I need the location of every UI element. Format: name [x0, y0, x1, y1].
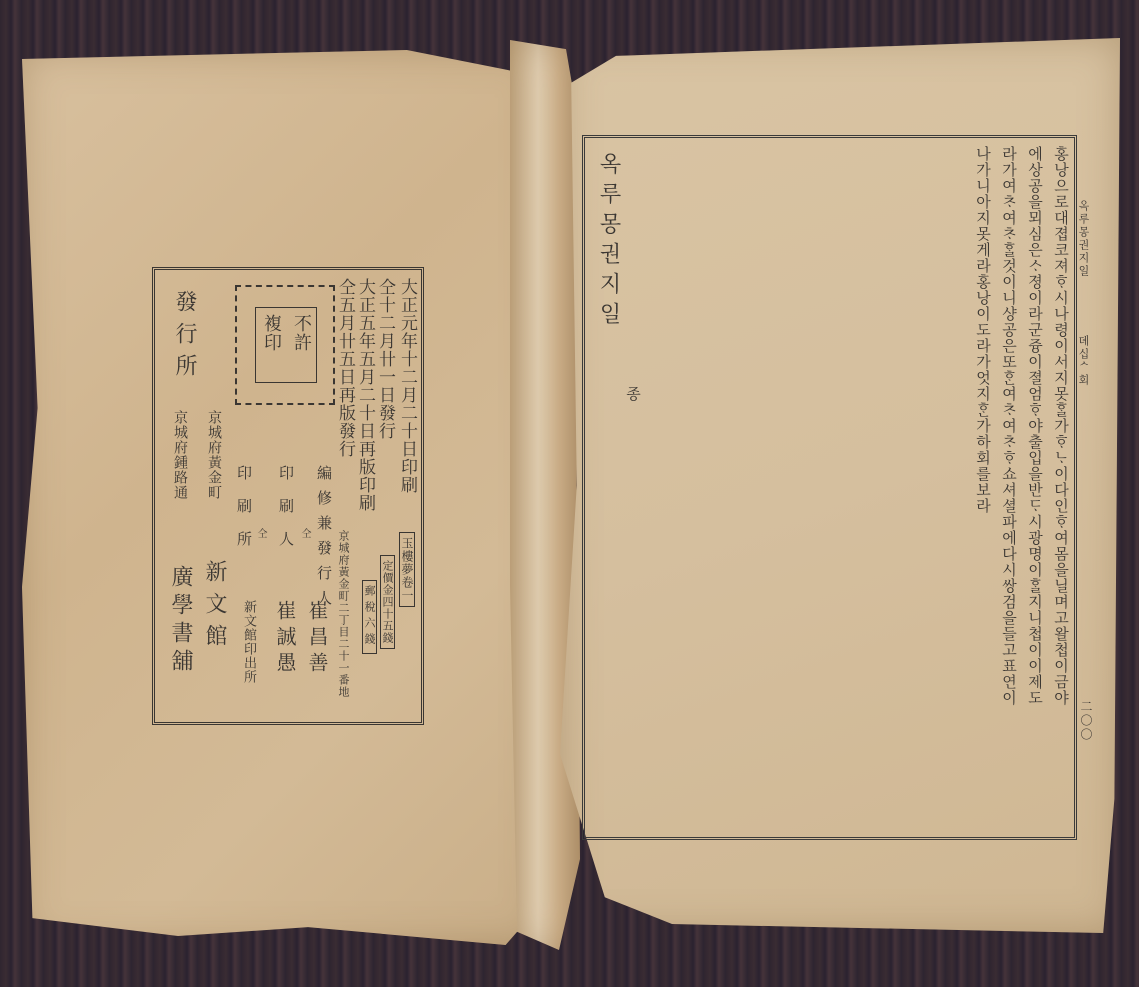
- chapter-label: 뎨십ᄉ회: [1078, 335, 1089, 387]
- book-spine: [510, 40, 580, 950]
- editor-label: 編修兼發行人: [316, 465, 331, 615]
- chapter-title-suffix: 종: [625, 386, 640, 402]
- price: 定價金四十五錢: [380, 555, 395, 649]
- publisher-name-2: 廣學書舖: [169, 565, 191, 677]
- text-column-2: 에상공을뫼심은ᄉᆞ졍이라군즁이졀엄ᄒᆞ야출입을반ᄃᆞ시광명이ᄒᆞᆯ지니첩이이제도: [1027, 146, 1042, 836]
- printer-label: 印刷人: [278, 465, 293, 564]
- copyright-stamp: 不許 複印: [235, 285, 335, 405]
- running-header: 옥루몽권지일: [1078, 200, 1089, 278]
- text-frame: 옥루몽권지일 종 홍낭으로대졉코져ᄒᆞ시나령이서지못ᄒᆞᆯ가ᄒᆞᄂᆞ이다인ᄒᆞ여…: [582, 135, 1077, 840]
- print-shop-ditto: 仝: [255, 528, 265, 539]
- chapter-title: 옥루몽권지일: [597, 152, 619, 332]
- publisher-label: 發行所: [173, 290, 195, 386]
- text-column-3: 라가여ᄎᆞ여ᄎᆞᄒᆞᆯ것이니샹공은또ᄒᆞᆫ여ᄎᆞ여ᄎᆞᄒᆞ쇼셔셜파에다시쌍검을들…: [1001, 146, 1016, 836]
- publisher-address-1: 京城府黃金町: [207, 410, 221, 500]
- reissue-date: 仝五月卄五日再版發行: [336, 278, 353, 458]
- print-shop-label: 印刷所: [236, 465, 251, 564]
- publish-date: 仝十二月卄一日發行: [376, 278, 393, 440]
- colophon-box: 大正元年十二月二十日印刷 仝十二月卄一日發行 大正五年五月二十日再版印刷 仝五月…: [152, 267, 424, 725]
- text-column-4: 나가니아지못게라홍낭이도라가엇지ᄒᆞᆫ가하회를보라: [975, 146, 990, 836]
- publisher-name-1: 新文館: [203, 560, 225, 656]
- printer-name: 崔誠愚: [275, 600, 295, 678]
- title-box: 玉樓夢卷一: [399, 532, 415, 607]
- publisher-address-2: 京城府鍾路通: [173, 410, 187, 500]
- postage: 郵稅六錢: [362, 580, 377, 654]
- print-date: 大正元年十二月二十日印刷: [398, 278, 415, 494]
- reprint-date: 大正五年五月二十日再版印刷: [356, 278, 373, 512]
- editor-name: 崔昌善: [307, 600, 327, 678]
- stamp-text-left: 複印: [262, 314, 280, 352]
- printer-ditto: 仝: [299, 528, 309, 539]
- text-column-1: 홍낭으로대졉코져ᄒᆞ시나령이서지못ᄒᆞᆯ가ᄒᆞᄂᆞ이다인ᄒᆞ여몸을닐며고왈첩이금…: [1053, 146, 1068, 836]
- page-number: 二〇〇: [1080, 700, 1092, 742]
- print-shop-name: 新文館印出所: [242, 600, 255, 684]
- stamp-text-right: 不許: [292, 314, 310, 352]
- editor-address: 京城府黃金町二丁目二十一番地: [338, 530, 349, 698]
